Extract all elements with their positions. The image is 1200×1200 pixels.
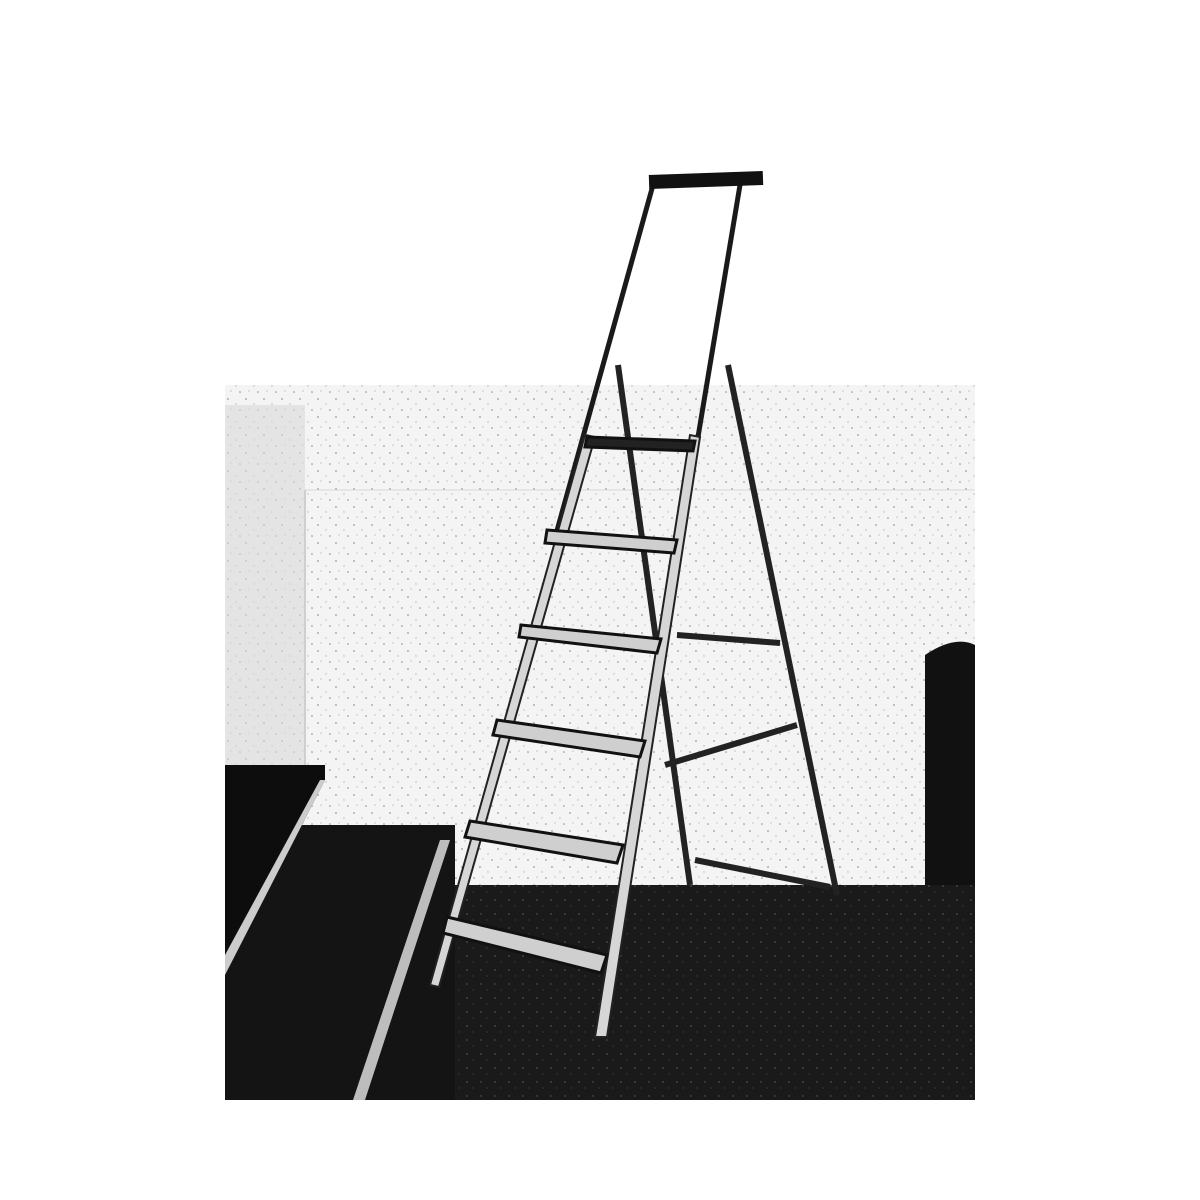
right-shadow: [925, 642, 975, 925]
wall-panel-left: [225, 405, 305, 765]
ladder-scene: [225, 125, 975, 1100]
upper-wall: [225, 125, 975, 395]
photograph: [225, 125, 975, 1100]
